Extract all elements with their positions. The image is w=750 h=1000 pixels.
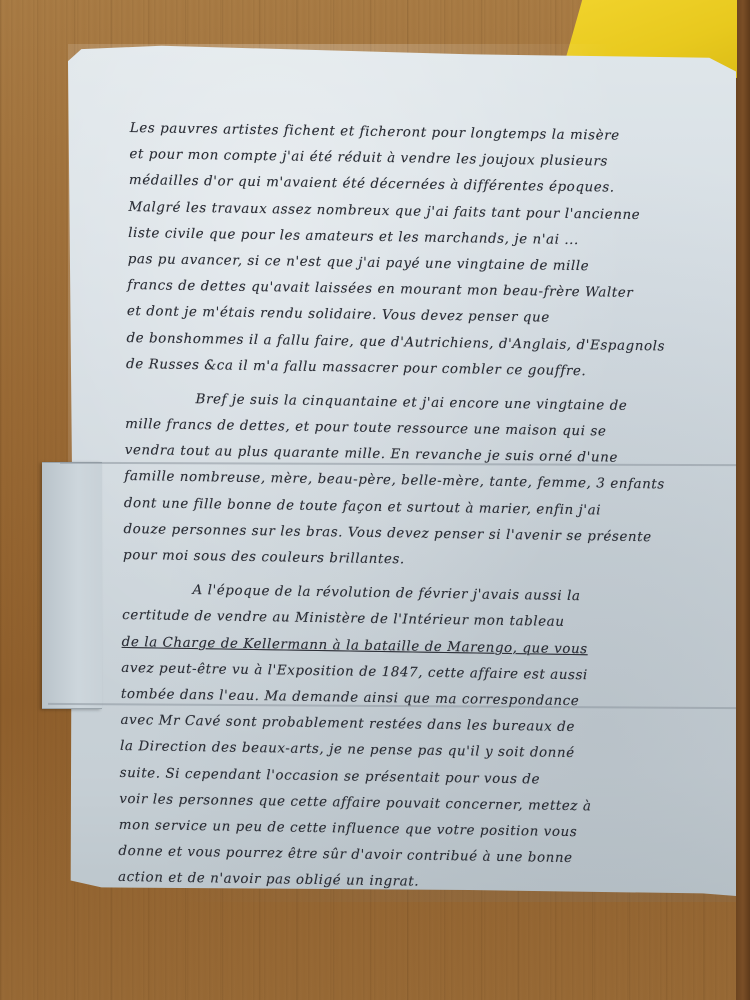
folded-paper-flap <box>42 462 102 709</box>
paragraph-1: Les pauvres artistes fichent et ficheron… <box>126 116 720 387</box>
table-edge <box>736 0 750 1000</box>
paragraph-3: A l'époque de la révolution de février j… <box>118 577 713 900</box>
paragraph-2: Bref je suis la cinquantaine et j'ai enc… <box>123 386 716 579</box>
letter-text: Les pauvres artistes fichent et ficheron… <box>118 116 720 901</box>
